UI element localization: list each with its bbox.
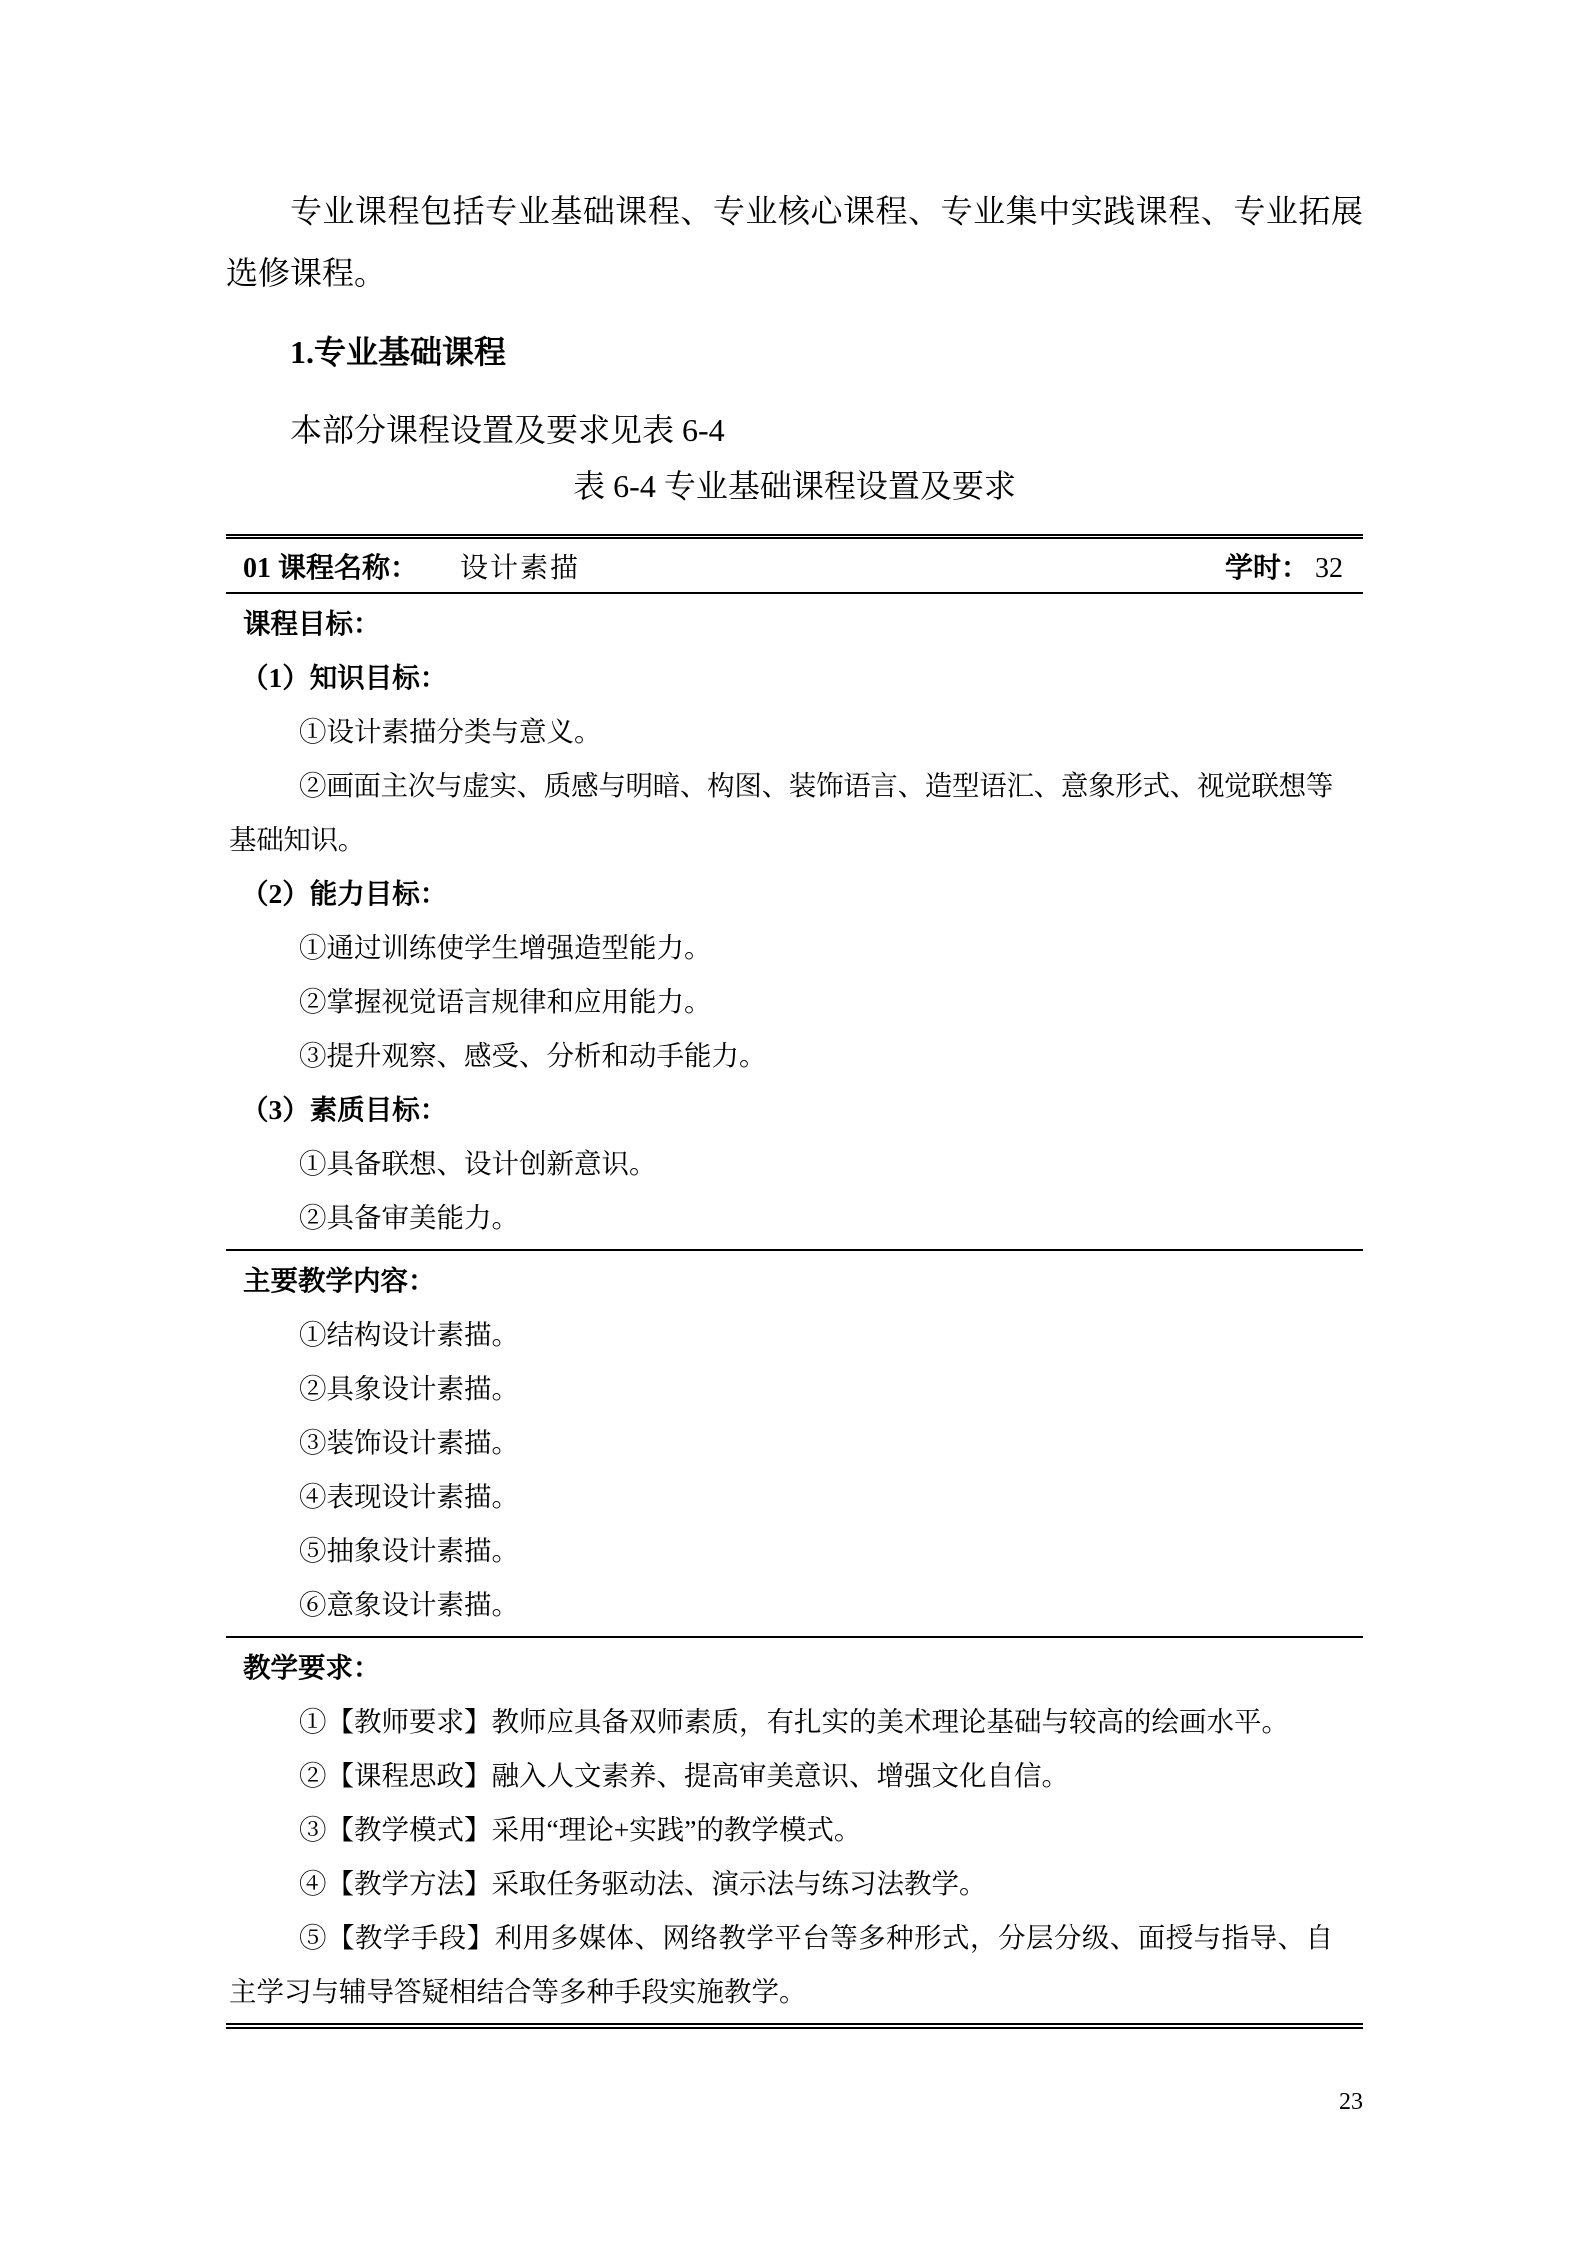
quality-item: ①具备联想、设计创新意识。 [229,1137,1333,1191]
teaching-requirements-title: 教学要求： [229,1641,1333,1695]
hours-label: 学时： [1225,546,1309,586]
requirement-item: ①【教师要求】教师应具备双师素质，有扎实的美术理论基础与较高的绘画水平。 [229,1695,1333,1749]
objectives-section: 课程目标： （1）知识目标： ①设计素描分类与意义。 ②画面主次与虚实、质感与明… [226,594,1363,1251]
intro-paragraph: 专业课程包括专业基础课程、专业核心课程、专业集中实践课程、专业拓展选修课程。 [226,180,1363,304]
teaching-content-section: 主要教学内容： ①结构设计素描。 ②具象设计素描。 ③装饰设计素描。 ④表现设计… [226,1251,1363,1638]
teaching-content-item: ⑥意象设计素描。 [229,1578,1333,1632]
ability-title: （2）能力目标： [229,867,1333,921]
knowledge-title: （1）知识目标： [229,651,1333,705]
knowledge-item: ②画面主次与虚实、质感与明暗、构图、装饰语言、造型语汇、意象形式、视觉联想等基础… [229,759,1333,867]
course-name-cell: 01 课程名称： 设计素描 [243,546,580,586]
course-table: 01 课程名称： 设计素描 学时： 32 课程目标： （1）知识目标： ①设计素… [226,534,1363,2029]
teaching-content-item: ③装饰设计素描。 [229,1416,1333,1470]
document-page: 专业课程包括专业基础课程、专业核心课程、专业集中实践课程、专业拓展选修课程。 1… [0,0,1587,2245]
objectives-title: 课程目标： [229,597,1333,651]
requirement-item: ②【课程思政】融入人文素养、提高审美意识、增强文化自信。 [229,1749,1333,1803]
teaching-content-item: ②具象设计素描。 [229,1362,1333,1416]
course-header-row: 01 课程名称： 设计素描 学时： 32 [226,539,1363,594]
requirement-item: ④【教学方法】采取任务驱动法、演示法与练习法教学。 [229,1857,1333,1911]
ability-item: ②掌握视觉语言规律和应用能力。 [229,975,1333,1029]
requirement-item: ③【教学模式】采用“理论+实践”的教学模式。 [229,1803,1333,1857]
page-content: 专业课程包括专业基础课程、专业核心课程、专业集中实践课程、专业拓展选修课程。 1… [226,0,1363,2117]
section-heading: 1.专业基础课程 [226,324,1363,380]
teaching-content-item: ⑤抽象设计素描。 [229,1524,1333,1578]
teaching-content-item: ④表现设计素描。 [229,1470,1333,1524]
course-hours-cell: 学时： 32 [1225,546,1343,586]
quality-title: （3）素质目标： [229,1083,1333,1137]
teaching-requirements-section: 教学要求： ①【教师要求】教师应具备双师素质，有扎实的美术理论基础与较高的绘画水… [226,1638,1363,2023]
table-caption: 表 6-4 专业基础课程设置及要求 [226,458,1363,514]
teaching-content-item: ①结构设计素描。 [229,1308,1333,1362]
ability-item: ③提升观察、感受、分析和动手能力。 [229,1029,1333,1083]
page-number: 23 [226,2087,1363,2117]
ability-item: ①通过训练使学生增强造型能力。 [229,921,1333,975]
requirement-item: ⑤【教学手段】利用多媒体、网络教学平台等多种形式，分层分级、面授与指导、自主学习… [229,1911,1333,2019]
teaching-content-title: 主要教学内容： [229,1254,1333,1308]
knowledge-item: ①设计素描分类与意义。 [229,705,1333,759]
quality-item: ②具备审美能力。 [229,1191,1333,1245]
course-name: 设计素描 [460,546,580,586]
course-label: 01 课程名称： [243,546,418,586]
lead-text: 本部分课程设置及要求见表 6-4 [226,402,1363,458]
hours-value: 32 [1315,553,1343,585]
